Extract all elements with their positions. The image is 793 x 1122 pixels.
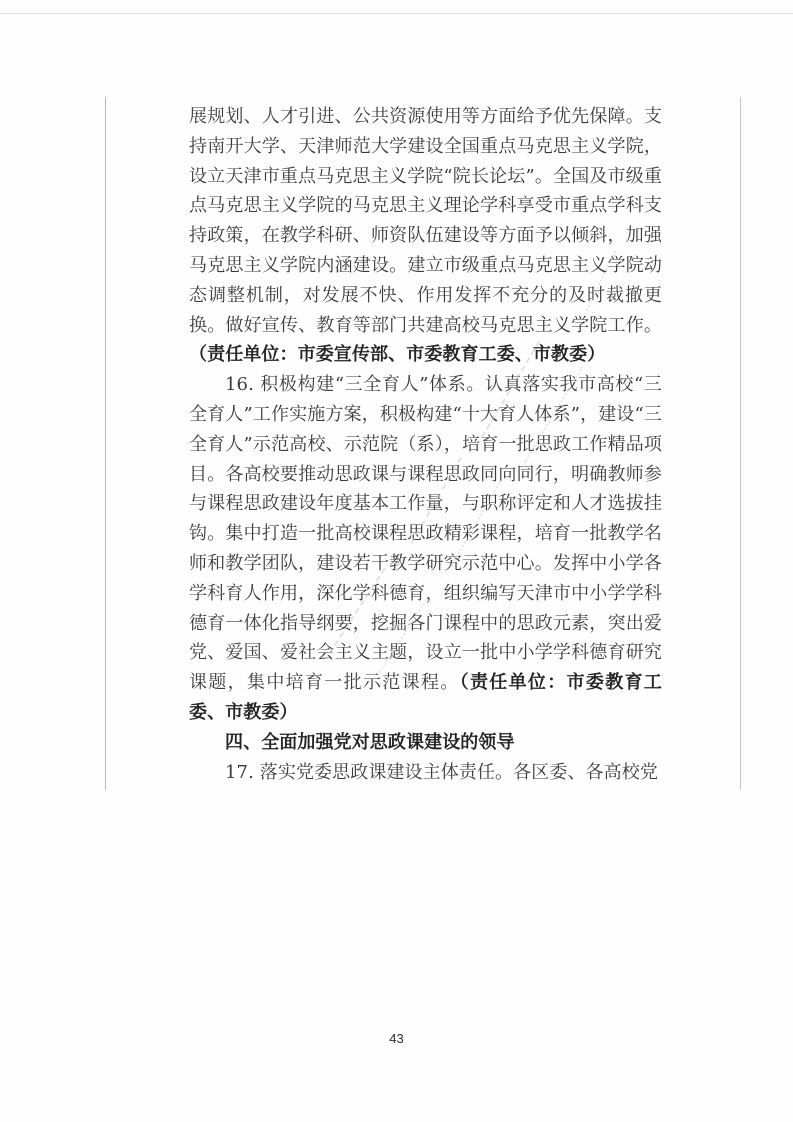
- scan-top-hairline: [0, 13, 793, 14]
- scanned-document-page: 展规划、人才引进、公共资源使用等方面给予优先保障。支持南开大学、天津师范大学建设…: [0, 0, 793, 1122]
- section-heading: 四、全面加强党对思政课建设的领导: [189, 728, 662, 758]
- paragraph-item-17: 17. 落实党委思政课建设主体责任。各区委、各高校党: [189, 758, 662, 788]
- paragraph-item-16: 16. 积极构建“三全育人”体系。认真落实我市高校“三全育人”工作实施方案，积极…: [189, 370, 662, 728]
- responsible-unit-label: （责任单位：市委宣传部、市委教育工委、市教委）: [189, 344, 605, 364]
- paragraph-body-text: 展规划、人才引进、公共资源使用等方面给予优先保障。支持南开大学、天津师范大学建设…: [189, 106, 662, 336]
- paragraph-body-text: 16. 积极构建“三全育人”体系。认真落实我市高校“三全育人”工作实施方案，积极…: [189, 374, 662, 693]
- paragraph-continuation: 展规划、人才引进、公共资源使用等方面给予优先保障。支持南开大学、天津师范大学建设…: [189, 102, 662, 370]
- scan-right-edge-line: [740, 97, 741, 790]
- scan-left-edge-line: [105, 97, 106, 790]
- document-text-block: 展规划、人才引进、公共资源使用等方面给予优先保障。支持南开大学、天津师范大学建设…: [189, 102, 662, 787]
- page-number: 43: [0, 1031, 793, 1046]
